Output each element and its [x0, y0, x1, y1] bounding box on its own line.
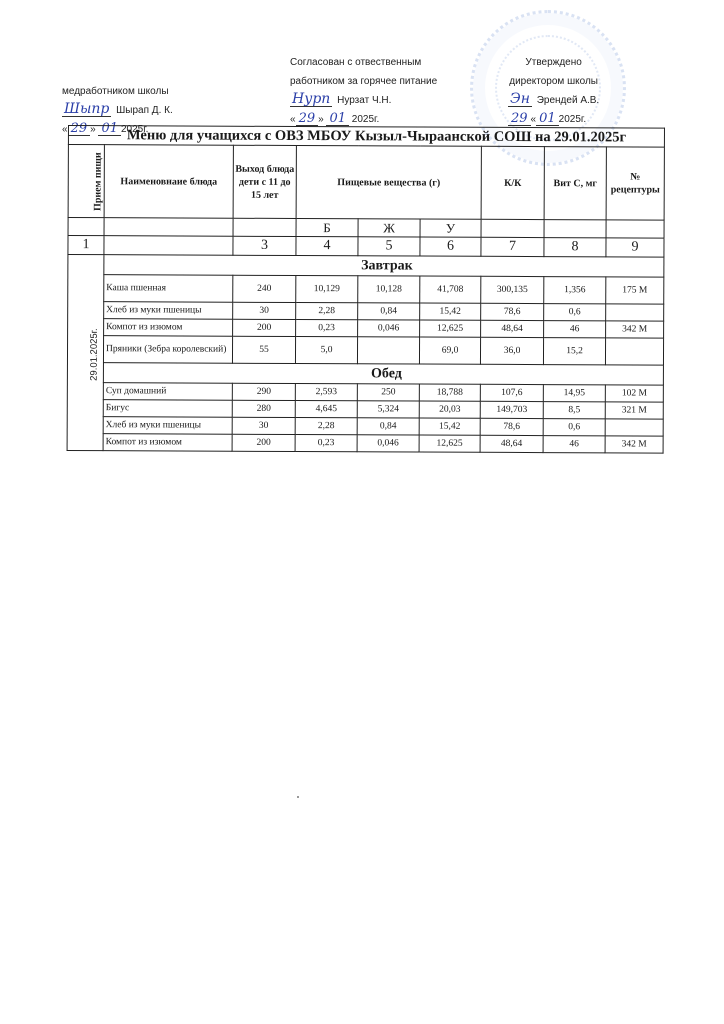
approval-role: медработником школы [62, 82, 173, 101]
approval-director: Утверждено директором школы Эн Эрендей А… [508, 53, 599, 129]
date-month: 01 [326, 112, 349, 126]
table-cell: 250 [357, 384, 419, 401]
table-cell: 300,135 [481, 276, 544, 303]
subheader-protein: Б [296, 218, 358, 236]
table-cell: 4,645 [295, 400, 357, 417]
column-numbers-row: 1 3 4 5 6 7 8 9 [68, 236, 664, 258]
table-cell: 18,788 [419, 384, 480, 401]
approval-heading-2: работником за горячее питание [290, 72, 437, 91]
table-cell: 10,128 [358, 276, 420, 303]
table-cell: 0,6 [543, 419, 605, 436]
table-cell: 149,703 [480, 401, 543, 418]
table-cell: 8,5 [543, 402, 605, 419]
table-cell: 280 [232, 400, 295, 417]
table-cell: 2,593 [295, 383, 357, 400]
header-kcal: К/К [481, 146, 544, 219]
table-cell: 41,708 [420, 276, 481, 303]
table-cell: 0,84 [358, 303, 420, 320]
approver-name: Нурзат Ч.Н. [337, 95, 391, 106]
table-cell: 0,046 [357, 435, 419, 452]
date-month: 01 [536, 112, 559, 126]
table-cell: 15,42 [420, 303, 481, 320]
date-day: 29 [296, 112, 319, 126]
table-cell: 69,0 [419, 337, 480, 364]
table-cell: 2,28 [295, 417, 357, 434]
menu-table: Меню для учащихся с ОВЗ МБОУ Кызыл-Чыраа… [67, 125, 666, 454]
date-year: 2025г. [559, 114, 586, 125]
table-cell: 240 [233, 275, 296, 302]
table-cell: 200 [233, 319, 296, 336]
header-dish-name: Наименовнаие блюда [104, 145, 233, 219]
table-cell [606, 220, 664, 238]
table-row: Пряники (Зебра королевский) 55 5,0 69,0 … [67, 336, 663, 366]
table-cell: 48,64 [481, 320, 544, 337]
table-cell: 342 М [605, 436, 663, 453]
header-nutrients: Пищевые вещества (г) [296, 145, 481, 219]
table-cell: Пряники (Зебра королевский) [103, 336, 232, 364]
table-cell: 290 [232, 383, 295, 400]
table-cell [233, 218, 296, 236]
table-cell: Компот из изюмом [103, 434, 232, 452]
table-cell: 30 [233, 302, 296, 319]
header-recipe: № рецептуры [606, 147, 664, 220]
header-portion: Выход блюда дети с 11 до 15 лет [233, 145, 296, 218]
table-cell [605, 338, 663, 365]
table-cell: 0,6 [544, 304, 606, 321]
approval-heading-1: Согласован с отвественным [290, 53, 437, 72]
table-cell: 1,356 [544, 277, 606, 304]
section-breakfast: Завтрак [104, 255, 664, 277]
table-cell: 5 [358, 237, 420, 256]
table-cell: 55 [232, 336, 295, 363]
table-cell: 14,95 [543, 385, 605, 402]
table-cell: 20,03 [419, 401, 480, 418]
table-cell [605, 419, 663, 436]
table-cell: 48,64 [480, 435, 543, 452]
table-cell [104, 218, 233, 237]
table-cell: 102 М [605, 385, 663, 402]
menu-title: Меню для учащихся с ОВЗ МБОУ Кызыл-Чыраа… [68, 126, 664, 148]
table-cell [481, 219, 544, 237]
approval-heading-1: Утверждено [508, 53, 599, 72]
table-cell: Каша пшенная [104, 275, 233, 303]
table-cell: Суп домашний [103, 383, 232, 401]
table-cell: 5,324 [357, 401, 419, 418]
table-cell: 0,23 [295, 434, 357, 451]
scan-speck [297, 796, 299, 798]
approver-name: Эрендей А.В. [537, 95, 600, 106]
table-cell: 0,23 [296, 319, 358, 336]
table-cell: 78,6 [480, 418, 543, 435]
section-lunch: Обед [103, 363, 663, 385]
approval-heading-2: директором школы [508, 72, 599, 91]
table-cell: 10,129 [296, 275, 358, 302]
menu-table-container: Меню для учащихся с ОВЗ МБОУ Кызыл-Чыраа… [67, 125, 666, 454]
table-cell [104, 236, 233, 256]
table-cell: 15,2 [543, 338, 605, 365]
table-cell [606, 304, 664, 321]
table-cell: 7 [481, 237, 544, 256]
table-cell: 4 [296, 236, 358, 255]
table-cell: 12,625 [419, 435, 480, 452]
table-cell: 342 М [606, 321, 664, 338]
subheader-carbs: У [420, 219, 481, 237]
table-cell: 12,625 [420, 320, 481, 337]
header-meal: Прием пищи [68, 145, 104, 218]
table-cell: 36,0 [480, 337, 543, 364]
table-cell: Бигус [103, 400, 232, 418]
date-year: 2025г. [352, 114, 379, 125]
table-cell [544, 220, 606, 238]
table-cell: 46 [544, 321, 606, 338]
signature: Нурп [290, 93, 332, 107]
table-cell: 0,046 [358, 320, 420, 337]
signature: Эн [508, 93, 532, 107]
table-cell: 0,84 [357, 418, 419, 435]
subheader-fat: Ж [358, 219, 420, 237]
table-cell: 6 [420, 237, 481, 256]
table-cell: Хлеб из муки пшеницы [103, 417, 232, 435]
approval-hot-meals: Согласован с отвественным работником за … [290, 53, 437, 129]
date-day: 29 [508, 112, 531, 126]
date-cell: 29.01.2025г. [67, 255, 104, 451]
table-cell [357, 337, 419, 364]
table-cell: 78,6 [481, 303, 544, 320]
table-row: Компот из изюмом 200 0,23 0,046 12,625 4… [67, 433, 663, 453]
header-vit-c: Вит С, мг [544, 147, 606, 220]
table-cell: 9 [606, 238, 664, 257]
table-cell: Хлеб из муки пшеницы [104, 302, 233, 320]
signature: Шыпр [62, 103, 111, 117]
table-cell [68, 218, 104, 236]
table-cell: 175 М [606, 277, 664, 304]
table-cell: Компот из изюмом [104, 319, 233, 337]
table-cell: 15,42 [419, 418, 480, 435]
table-cell: 107,6 [480, 384, 543, 401]
table-cell: 200 [232, 434, 295, 451]
approver-name: Шырап Д. К. [116, 105, 173, 116]
table-cell: 2,28 [296, 302, 358, 319]
table-cell: 5,0 [295, 336, 357, 363]
table-cell: 8 [544, 238, 606, 257]
table-cell: 321 М [605, 402, 663, 419]
table-cell: 3 [233, 236, 296, 255]
table-row: Каша пшенная 240 10,129 10,128 41,708 30… [68, 275, 664, 305]
table-cell: 46 [543, 436, 605, 453]
table-cell: 1 [68, 236, 104, 255]
table-cell: 30 [232, 417, 295, 434]
